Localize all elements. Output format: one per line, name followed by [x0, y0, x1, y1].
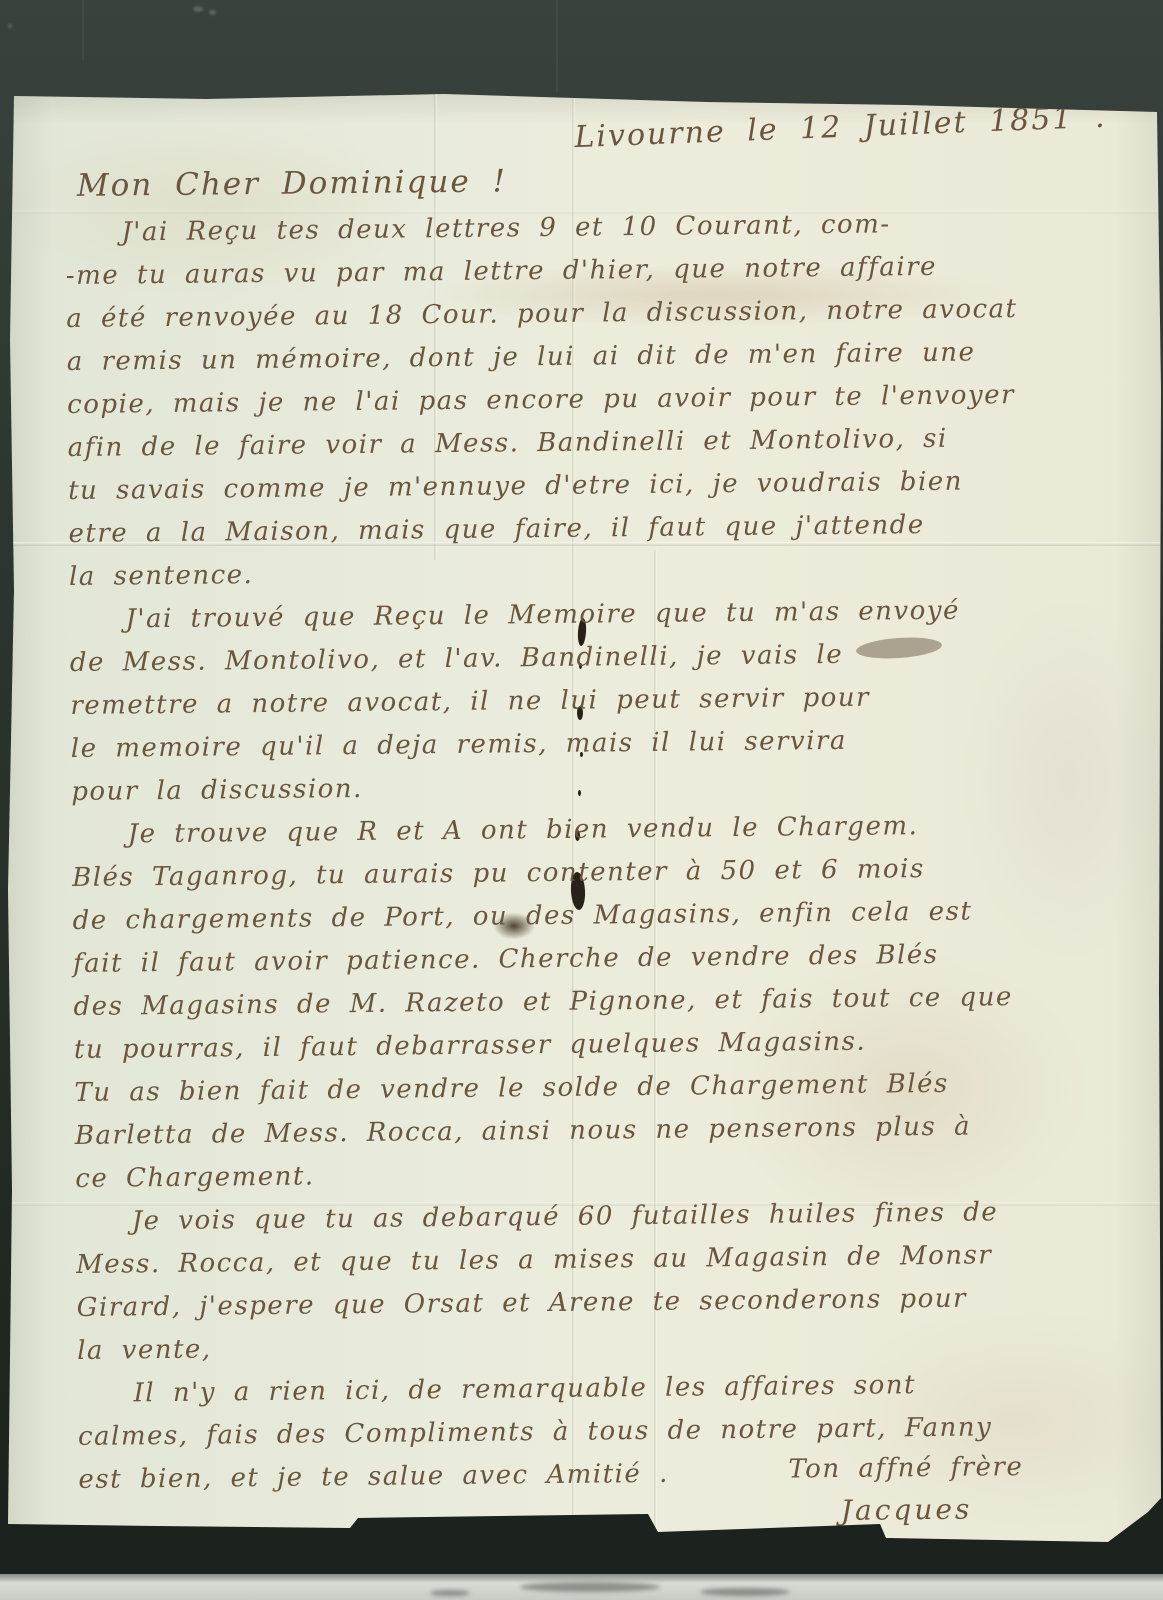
background-smudge	[8, 24, 12, 28]
letter-text: Livourne le 12 Juillet 1851 . Mon Cher D…	[4, 79, 1163, 1551]
closing: Ton affné frère	[788, 1452, 1023, 1484]
strip-smudge	[430, 1590, 470, 1596]
background-smudge	[193, 6, 203, 12]
scan-bottom-strip	[0, 1574, 1163, 1600]
letter-paper: Livourne le 12 Juillet 1851 . Mon Cher D…	[6, 90, 1163, 1550]
photo-background: Livourne le 12 Juillet 1851 . Mon Cher D…	[0, 0, 1163, 1600]
background-streak	[82, 0, 84, 60]
salutation: Mon Cher Dominique !	[77, 163, 507, 204]
dateline: Livourne le 12 Juillet 1851 .	[574, 100, 1107, 155]
signature: Jacques	[841, 1493, 973, 1527]
background-streak	[556, 0, 558, 92]
letter-body: J'ai Reçu tes deux lettres 9 et 10 Coura…	[65, 207, 1148, 1508]
background-smudge	[209, 10, 216, 15]
strip-smudge	[520, 1582, 660, 1592]
strip-smudge	[700, 1588, 790, 1596]
